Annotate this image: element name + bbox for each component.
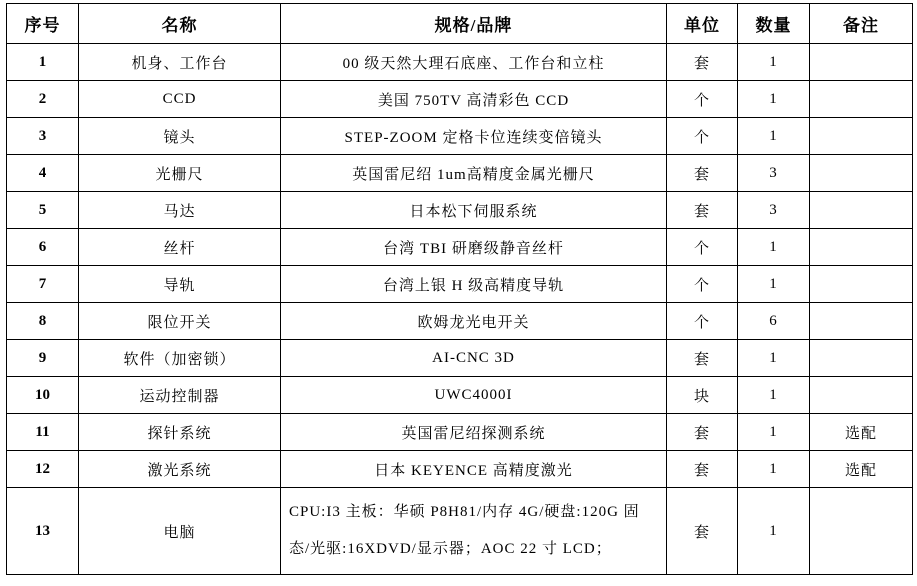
cell-unit: 个 <box>667 81 738 118</box>
cell-spec-brand: 日本 KEYENCE 高精度激光 <box>281 451 667 488</box>
cell-quantity: 3 <box>738 192 810 229</box>
cell-unit: 套 <box>667 414 738 451</box>
table-row: 8 限位开关 欧姆龙光电开关 个 6 <box>7 303 913 340</box>
cell-unit: 个 <box>667 303 738 340</box>
cell-quantity: 1 <box>738 340 810 377</box>
cell-spec-brand: UWC4000I <box>281 377 667 414</box>
table-row: 3 镜头 STEP-ZOOM 定格卡位连续变倍镜头 个 1 <box>7 118 913 155</box>
cell-serial-number: 4 <box>7 155 79 192</box>
cell-quantity: 1 <box>738 266 810 303</box>
cell-unit: 套 <box>667 192 738 229</box>
table-row: 1 机身、工作台 00 级天然大理石底座、工作台和立柱 套 1 <box>7 44 913 81</box>
cell-serial-number: 9 <box>7 340 79 377</box>
cell-item-name: 镜头 <box>79 118 281 155</box>
column-header-5: 备注 <box>810 4 913 44</box>
header-row: 序号名称规格/品牌单位数量备注 <box>7 4 913 44</box>
spec-table: 序号名称规格/品牌单位数量备注 1 机身、工作台 00 级天然大理石底座、工作台… <box>6 3 913 575</box>
cell-item-name: 电脑 <box>79 488 281 575</box>
column-header-3: 单位 <box>667 4 738 44</box>
cell-remark <box>810 340 913 377</box>
cell-unit: 个 <box>667 118 738 155</box>
cell-spec-brand: 英国雷尼绍探测系统 <box>281 414 667 451</box>
cell-spec-brand: 00 级天然大理石底座、工作台和立柱 <box>281 44 667 81</box>
cell-remark <box>810 192 913 229</box>
cell-unit: 套 <box>667 155 738 192</box>
table-body: 1 机身、工作台 00 级天然大理石底座、工作台和立柱 套 1 2 CCD 美国… <box>7 44 913 575</box>
cell-serial-number: 8 <box>7 303 79 340</box>
column-header-4: 数量 <box>738 4 810 44</box>
cell-serial-number: 6 <box>7 229 79 266</box>
cell-remark <box>810 303 913 340</box>
cell-serial-number: 1 <box>7 44 79 81</box>
table-row: 12 激光系统 日本 KEYENCE 高精度激光 套 1 选配 <box>7 451 913 488</box>
cell-quantity: 1 <box>738 44 810 81</box>
table-row: 10 运动控制器 UWC4000I 块 1 <box>7 377 913 414</box>
cell-item-name: 丝杆 <box>79 229 281 266</box>
cell-remark: 选配 <box>810 451 913 488</box>
cell-remark <box>810 266 913 303</box>
cell-remark <box>810 377 913 414</box>
cell-remark <box>810 488 913 575</box>
cell-quantity: 1 <box>738 488 810 575</box>
cell-serial-number: 13 <box>7 488 79 575</box>
cell-remark <box>810 44 913 81</box>
cell-spec-brand: 台湾 TBI 研磨级静音丝杆 <box>281 229 667 266</box>
cell-quantity: 1 <box>738 377 810 414</box>
cell-spec-brand: 英国雷尼绍 1um高精度金属光栅尺 <box>281 155 667 192</box>
cell-item-name: 机身、工作台 <box>79 44 281 81</box>
cell-unit: 块 <box>667 377 738 414</box>
cell-item-name: 探针系统 <box>79 414 281 451</box>
cell-item-name: 光栅尺 <box>79 155 281 192</box>
document-page: 序号名称规格/品牌单位数量备注 1 机身、工作台 00 级天然大理石底座、工作台… <box>0 0 917 586</box>
cell-item-name: CCD <box>79 81 281 118</box>
cell-serial-number: 2 <box>7 81 79 118</box>
cell-quantity: 1 <box>738 414 810 451</box>
cell-spec-brand: 台湾上银 H 级高精度导轨 <box>281 266 667 303</box>
cell-item-name: 限位开关 <box>79 303 281 340</box>
cell-item-name: 激光系统 <box>79 451 281 488</box>
cell-item-name: 马达 <box>79 192 281 229</box>
table-row: 5 马达 日本松下伺服系统 套 3 <box>7 192 913 229</box>
cell-unit: 套 <box>667 44 738 81</box>
cell-spec-brand: 欧姆龙光电开关 <box>281 303 667 340</box>
cell-serial-number: 3 <box>7 118 79 155</box>
cell-unit: 套 <box>667 340 738 377</box>
cell-remark: 选配 <box>810 414 913 451</box>
cell-serial-number: 11 <box>7 414 79 451</box>
cell-spec-brand: CPU:I3 主板：华硕 P8H81/内存 4G/硬盘:120G 固态/光驱:1… <box>281 488 667 575</box>
table-row: 2 CCD 美国 750TV 高清彩色 CCD 个 1 <box>7 81 913 118</box>
cell-quantity: 1 <box>738 118 810 155</box>
column-header-1: 名称 <box>79 4 281 44</box>
cell-remark <box>810 229 913 266</box>
table-row: 6 丝杆 台湾 TBI 研磨级静音丝杆 个 1 <box>7 229 913 266</box>
column-header-2: 规格/品牌 <box>281 4 667 44</box>
cell-remark <box>810 81 913 118</box>
cell-unit: 套 <box>667 451 738 488</box>
table-row: 13 电脑 CPU:I3 主板：华硕 P8H81/内存 4G/硬盘:120G 固… <box>7 488 913 575</box>
cell-remark <box>810 118 913 155</box>
cell-serial-number: 12 <box>7 451 79 488</box>
table-row: 9 软件（加密锁） AI-CNC 3D 套 1 <box>7 340 913 377</box>
cell-quantity: 6 <box>738 303 810 340</box>
cell-item-name: 运动控制器 <box>79 377 281 414</box>
table-row: 4 光栅尺 英国雷尼绍 1um高精度金属光栅尺 套 3 <box>7 155 913 192</box>
cell-serial-number: 7 <box>7 266 79 303</box>
cell-remark <box>810 155 913 192</box>
cell-item-name: 软件（加密锁） <box>79 340 281 377</box>
cell-quantity: 1 <box>738 451 810 488</box>
cell-spec-brand: 日本松下伺服系统 <box>281 192 667 229</box>
cell-unit: 套 <box>667 488 738 575</box>
cell-serial-number: 10 <box>7 377 79 414</box>
table-row: 7 导轨 台湾上银 H 级高精度导轨 个 1 <box>7 266 913 303</box>
cell-unit: 个 <box>667 266 738 303</box>
cell-spec-brand: STEP-ZOOM 定格卡位连续变倍镜头 <box>281 118 667 155</box>
cell-spec-brand: AI-CNC 3D <box>281 340 667 377</box>
table-row: 11 探针系统 英国雷尼绍探测系统 套 1 选配 <box>7 414 913 451</box>
cell-quantity: 3 <box>738 155 810 192</box>
cell-serial-number: 5 <box>7 192 79 229</box>
cell-spec-brand: 美国 750TV 高清彩色 CCD <box>281 81 667 118</box>
cell-item-name: 导轨 <box>79 266 281 303</box>
cell-quantity: 1 <box>738 81 810 118</box>
column-header-0: 序号 <box>7 4 79 44</box>
cell-quantity: 1 <box>738 229 810 266</box>
cell-unit: 个 <box>667 229 738 266</box>
